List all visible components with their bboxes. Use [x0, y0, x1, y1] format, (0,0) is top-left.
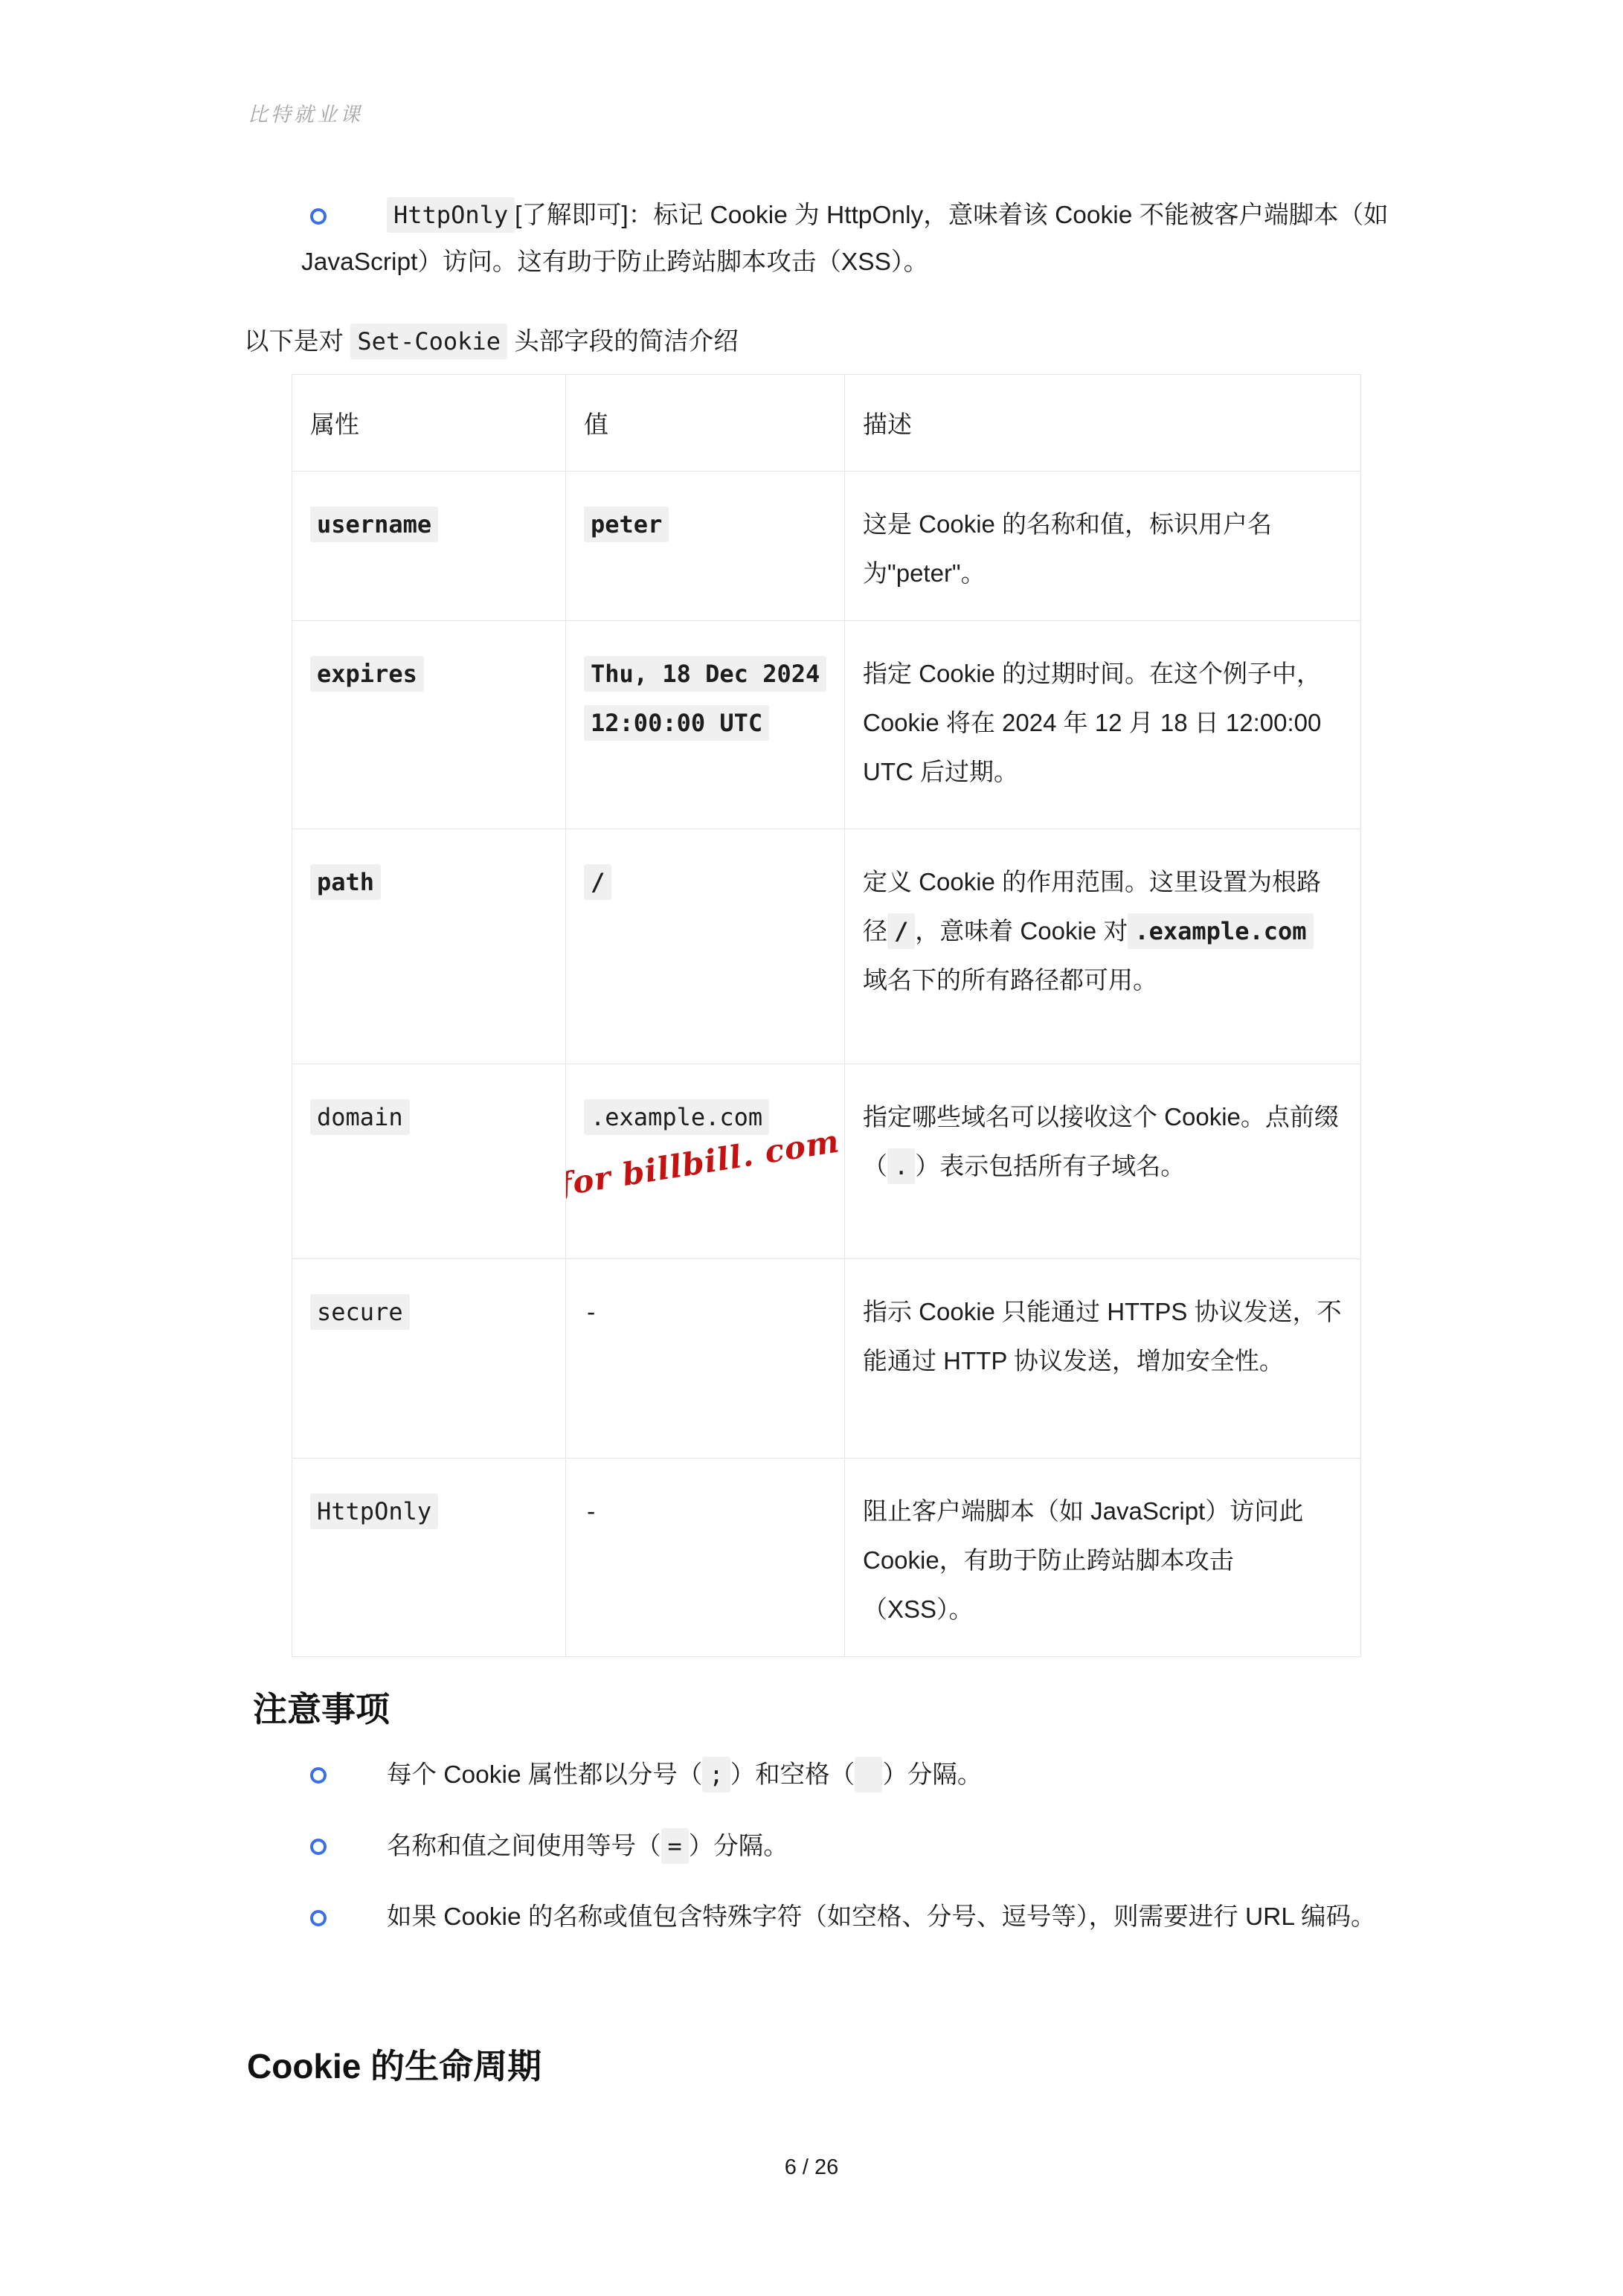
- note-text: 每个 Cookie 属性都以分号（: [387, 1761, 702, 1789]
- desc-text: ，意味着 Cookie 对: [915, 917, 1128, 945]
- desc-text: 指示 Cookie 只能通过 HTTPS 协议发送，不能通过 HTTP 协议发送…: [863, 1298, 1342, 1374]
- cookie-attributes-table: 属性 值 描述 username peter 这是 Cookie 的名称和值，标…: [292, 374, 1361, 1657]
- header-attr: 属性: [292, 375, 566, 472]
- lead-post: 头部字段的简洁介绍: [507, 328, 739, 356]
- desc-text: 阻止客户端脚本（如 JavaScript）访问此 Cookie，有助于防止跨站脚…: [863, 1497, 1303, 1623]
- inline-code-httponly: HttpOnly: [387, 197, 515, 233]
- note-text: ）分隔。: [882, 1761, 982, 1789]
- inline-code-dot: .: [887, 1148, 915, 1184]
- value-dash: -: [584, 1497, 598, 1525]
- value-code: peter: [584, 507, 669, 542]
- note-text: ）分隔。: [689, 1833, 788, 1860]
- value-dash: -: [584, 1298, 598, 1326]
- table-row: secure - 指示 Cookie 只能通过 HTTPS 协议发送，不能通过 …: [292, 1259, 1361, 1459]
- inline-code-space: [855, 1757, 882, 1792]
- desc-text: 这是 Cookie 的名称和值，标识用户名为"peter"。: [863, 510, 1272, 587]
- bullet-ring-icon: [310, 1839, 327, 1855]
- attr-code: expires: [310, 656, 424, 692]
- desc-text: 指定 Cookie 的过期时间。在这个例子中，Cookie 将在 2024 年 …: [863, 660, 1321, 785]
- note-text: ）和空格（: [730, 1761, 855, 1789]
- attr-code: secure: [310, 1294, 410, 1330]
- desc-text: 域名下的所有路径都可用。: [863, 966, 1157, 994]
- attr-code: domain: [310, 1099, 410, 1135]
- lead-paragraph: 以下是对 Set-Cookie 头部字段的简洁介绍: [244, 318, 1434, 365]
- header-desc: 描述: [845, 375, 1361, 472]
- attr-code: path: [310, 864, 381, 900]
- intro-bullet-item: HttpOnly[了解即可]：标记 Cookie 为 HttpOnly，意味着该…: [301, 192, 1439, 286]
- note-text: 如果 Cookie 的名称或值包含特殊字符（如空格、分号、逗号等），则需要进行 …: [387, 1903, 1376, 1931]
- table-row: expires Thu, 18 Dec 2024 12:00:00 UTC 指定…: [292, 621, 1361, 829]
- inline-code-domain: .example.com: [1128, 913, 1313, 949]
- header-value: 值: [566, 375, 845, 472]
- table-row: domain .example.com for billbill. com 指定…: [292, 1064, 1361, 1259]
- notes-heading: 注意事项: [253, 1682, 390, 1731]
- desc-text: ）表示包括所有子域名。: [915, 1152, 1185, 1180]
- note-item: 如果 Cookie 的名称或值包含特殊字符（如空格、分号、逗号等），则需要进行 …: [301, 1892, 1439, 1943]
- table-row: username peter 这是 Cookie 的名称和值，标识用户名为"pe…: [292, 472, 1361, 621]
- note-text: 名称和值之间使用等号（: [387, 1833, 661, 1860]
- lifecycle-heading: Cookie 的生命周期: [247, 2039, 541, 2088]
- note-item: 名称和值之间使用等号（=）分隔。: [301, 1821, 1439, 1872]
- watermark-text: 比特就业课: [248, 98, 363, 127]
- bullet-ring-icon: [310, 208, 327, 225]
- inline-code-equals: =: [661, 1828, 689, 1864]
- bullet-ring-icon: [310, 1910, 327, 1926]
- inline-code-semicolon: ;: [702, 1757, 730, 1792]
- attr-code: HttpOnly: [310, 1493, 438, 1529]
- page-number: 6 / 26: [0, 2155, 1623, 2180]
- attr-code: username: [310, 507, 438, 542]
- inline-code-slash: /: [887, 913, 915, 949]
- lead-pre: 以下是对: [244, 328, 350, 356]
- table-header-row: 属性 值 描述: [292, 375, 1361, 472]
- note-item: 每个 Cookie 属性都以分号（;）和空格（ ）分隔。: [301, 1749, 1439, 1801]
- bullet-ring-icon: [310, 1767, 327, 1784]
- table-row: HttpOnly - 阻止客户端脚本（如 JavaScript）访问此 Cook…: [292, 1459, 1361, 1657]
- value-code: /: [584, 864, 611, 900]
- table-row: path / 定义 Cookie 的作用范围。这里设置为根路径/，意味着 Coo…: [292, 829, 1361, 1064]
- value-code: .example.com: [584, 1099, 769, 1135]
- inline-code-set-cookie: Set-Cookie: [350, 324, 507, 359]
- value-code: Thu, 18 Dec 2024 12:00:00 UTC: [584, 656, 826, 741]
